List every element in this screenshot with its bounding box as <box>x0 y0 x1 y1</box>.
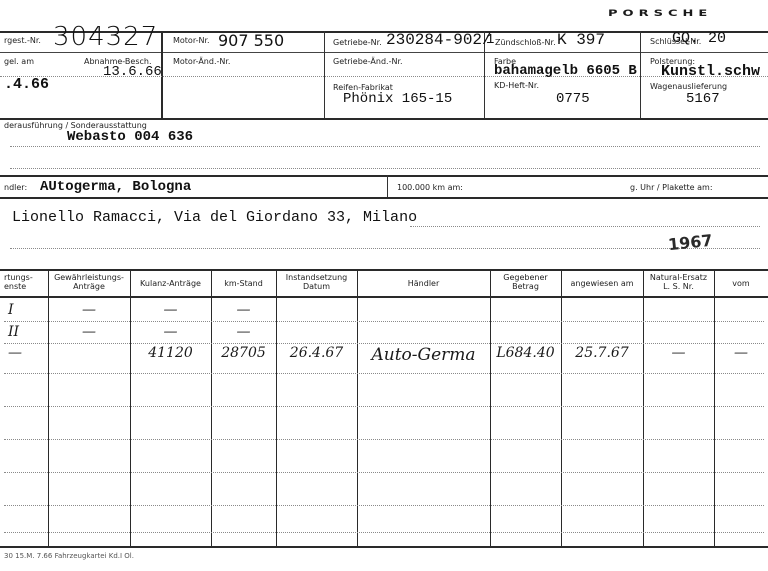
row-divider <box>4 472 764 473</box>
column-header: angewiesen am <box>561 279 643 288</box>
table-cell: — <box>0 345 56 361</box>
divider <box>0 197 768 199</box>
column-header: rtungs-enste <box>0 273 52 291</box>
wagenauslieferung-label: Wagenauslieferung <box>650 82 727 91</box>
divider <box>0 52 768 53</box>
haendler-value: AUtogerma, Bologna <box>40 179 191 195</box>
divider <box>640 31 641 118</box>
geliefert-value: .4.66 <box>4 76 49 93</box>
column-header: Händler <box>357 279 490 288</box>
table-cell: 26.4.67 <box>276 345 357 361</box>
zuendschloss-value: K 397 <box>557 31 605 49</box>
haendler-label: ndler: <box>4 183 27 192</box>
table-top-border <box>0 269 768 271</box>
table-cell: — <box>130 302 211 318</box>
divider <box>10 146 760 147</box>
chassis-number: 304327 <box>53 22 158 52</box>
motor-label: Motor-Nr. <box>173 36 210 45</box>
sonderausstattung-value: Webasto 004 636 <box>67 129 193 145</box>
date-stamp: 1967 <box>667 231 713 255</box>
table-cell: — <box>211 302 276 318</box>
km100000-label: 100.000 km am: <box>397 183 463 192</box>
row-divider <box>4 406 764 407</box>
footer-print-code: 30 15.M. 7.66 Fahrzeugkartei Kd.I Ol. <box>4 552 134 560</box>
schluessel-value: GQ. 20 <box>672 30 726 47</box>
motor-aend-label: Motor-Änd.-Nr. <box>173 57 230 66</box>
row-divider <box>4 321 764 322</box>
table-bottom-border <box>0 546 768 548</box>
uhr-plakette-label: g. Uhr / Plakette am: <box>630 183 713 192</box>
abnahme-value: 13.6.66 <box>103 64 162 80</box>
zuendschloss-label: Zündschloß-Nr. <box>495 38 556 47</box>
table-cell: Auto-Germa <box>357 345 490 365</box>
getriebe-value: 230284-902/ <box>386 31 492 49</box>
farbe-value: bahamagelb 6605 B <box>494 63 637 79</box>
row-divider <box>4 373 764 374</box>
column-header: vom <box>714 279 768 288</box>
column-header: Natural-ErsatzL. S. Nr. <box>643 273 714 291</box>
table-cell: — <box>48 324 130 340</box>
row-divider <box>4 505 764 506</box>
row-divider <box>4 439 764 440</box>
divider <box>10 248 760 249</box>
wagenauslieferung-value: 5167 <box>686 91 720 107</box>
porsche-logo: PORSCHE <box>608 9 712 19</box>
getriebe-aend-label: Getriebe-Änd.-Nr. <box>333 57 403 66</box>
motor-value: 907 550 <box>218 31 284 50</box>
table-cell: — <box>714 345 768 361</box>
zuendschloss-prefix: 1 <box>486 32 494 48</box>
chassis-label: rgest.-Nr. <box>4 36 41 45</box>
table-cell: — <box>130 324 211 340</box>
polsterung-value: Kunstl.schw <box>661 63 760 80</box>
getriebe-label: Getriebe-Nr. <box>333 38 382 47</box>
table-cell: 41120 <box>130 345 211 361</box>
column-header: km-Stand <box>211 279 276 288</box>
divider <box>387 175 388 197</box>
table-header-border <box>0 296 768 298</box>
kd-heft-label: KD-Heft-Nr. <box>494 81 539 90</box>
divider <box>410 226 760 227</box>
table-cell: — <box>643 345 714 361</box>
row-divider <box>4 532 764 533</box>
table-cell: L684.40 <box>490 345 561 361</box>
reifen-value: Phönix 165-15 <box>343 91 452 107</box>
table-cell: 28705 <box>211 345 276 361</box>
column-header: Gewährleistungs-Anträge <box>48 273 130 291</box>
geliefert-label: gel. am <box>4 57 34 66</box>
divider <box>324 31 325 118</box>
column-header: GegebenerBetrag <box>490 273 561 291</box>
column-header: InstandsetzungDatum <box>276 273 357 291</box>
table-cell: — <box>211 324 276 340</box>
row-divider <box>4 343 764 344</box>
column-header: Kulanz-Anträge <box>130 279 211 288</box>
kd-heft-value: 0775 <box>556 91 590 107</box>
divider <box>10 168 760 169</box>
table-cell: — <box>48 302 130 318</box>
table-cell: 25.7.67 <box>561 345 643 361</box>
kunde-address: Lionello Ramacci, Via del Giordano 33, M… <box>12 209 417 226</box>
divider <box>0 175 768 177</box>
divider <box>0 118 768 120</box>
